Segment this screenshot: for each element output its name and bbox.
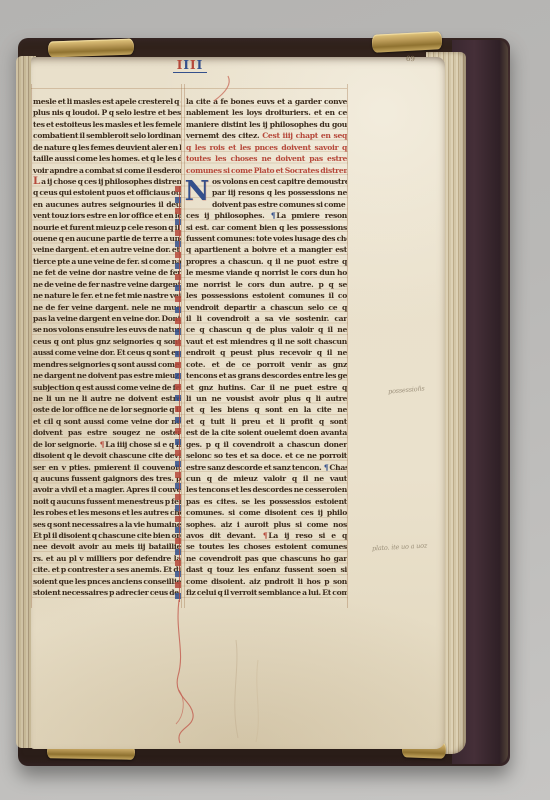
pen-flourish-drawing	[0, 0, 550, 800]
photograph-of-manuscript: IIII 69 mesle et li masles est apele cre…	[0, 0, 550, 800]
